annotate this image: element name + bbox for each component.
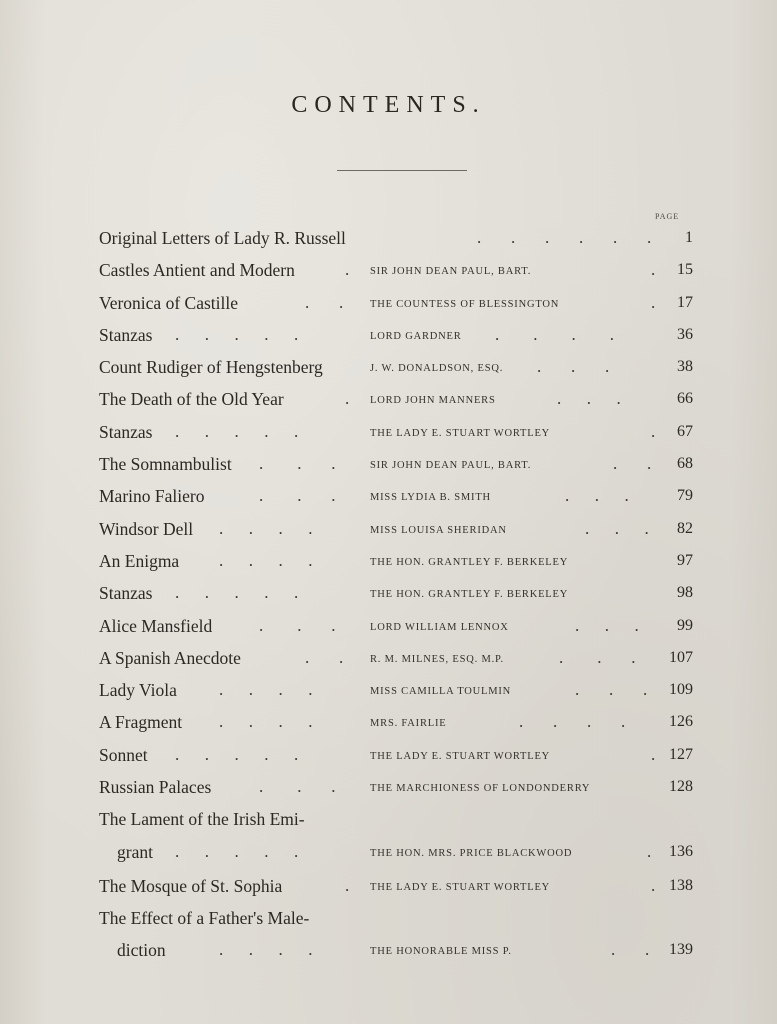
dot-leader: . . . (259, 777, 336, 797)
entry-author: MISS LYDIA B. SMITH (370, 492, 491, 503)
toc-entry: Stanzas . . . . . THE HON. GRANTLEY F. B… (99, 581, 699, 613)
entry-page: 79 (677, 487, 693, 505)
toc-entry: Sonnet . . . . . THE LADY E. STUART WORT… (99, 743, 699, 775)
toc-entry: diction . . . . THE HONORABLE MISS P. . … (99, 938, 699, 974)
dot-leader: . . . (537, 357, 609, 377)
dot-leader: . . (305, 648, 343, 668)
toc-entry: Stanzas . . . . . LORD GARDNER . . . . 3… (99, 323, 699, 355)
entry-author: SIR JOHN DEAN PAUL, BART. (370, 460, 531, 471)
entry-page: 138 (669, 877, 693, 895)
entry-page: 128 (669, 778, 693, 796)
entry-title: Windsor Dell (99, 519, 193, 540)
entry-title: A Fragment (99, 712, 182, 733)
toc-entry: Count Rudiger of Hengstenberg J. W. DONA… (99, 355, 699, 387)
entry-title: The Mosque of St. Sophia (99, 876, 282, 897)
toc-entry: grant . . . . . THE HON. MRS. PRICE BLAC… (99, 840, 699, 874)
toc-entry: The Mosque of St. Sophia . THE LADY E. S… (99, 874, 699, 906)
dot-leader: . . . (559, 648, 636, 668)
dot-leader: . . . (575, 680, 647, 700)
entry-title: The Lament of the Irish Emi- (99, 809, 305, 830)
dot-leader: . . . (585, 519, 649, 539)
dot-leader: . . . (557, 389, 621, 409)
dot-leader: . . . (259, 486, 336, 506)
entry-title: Veronica of Castille (99, 293, 238, 314)
toc-entry: The Somnambulist . . . SIR JOHN DEAN PAU… (99, 452, 699, 484)
contents-heading: CONTENTS. (0, 92, 777, 119)
toc-entry: Alice Mansfield . . . LORD WILLIAM LENNO… (99, 614, 699, 646)
entry-author: THE MARCHIONESS OF LONDONDERRY (370, 783, 590, 794)
entry-title: Stanzas (99, 422, 152, 443)
entry-author: THE COUNTESS OF BLESSINGTON (370, 299, 559, 310)
dot-leader: . . . . (219, 519, 313, 539)
entry-title: Stanzas (99, 325, 152, 346)
toc-entry: A Spanish Anecdote . . R. M. MILNES, ESQ… (99, 646, 699, 678)
dot-leader: . . (305, 293, 343, 313)
toc-entry-line1: The Lament of the Irish Emi- (99, 807, 699, 839)
entry-title: Lady Viola (99, 680, 177, 701)
toc-entry: Stanzas . . . . . THE LADY E. STUART WOR… (99, 420, 699, 452)
dot-leader: . (647, 842, 651, 862)
toc-entry: A Fragment . . . . MRS. FAIRLIE . . . . … (99, 710, 699, 742)
entry-page: 15 (677, 261, 693, 279)
dot-leader: . (345, 260, 349, 280)
entry-author: SIR JOHN DEAN PAUL, BART. (370, 266, 531, 277)
toc-entry: Windsor Dell . . . . MISS LOUISA SHERIDA… (99, 517, 699, 549)
entry-author: THE HON. MRS. PRICE BLACKWOOD (370, 848, 572, 859)
entry-title: Marino Faliero (99, 486, 204, 507)
entry-page: 107 (669, 649, 693, 667)
entry-page: 109 (669, 681, 693, 699)
dot-leader: . . . . . (175, 422, 298, 442)
entry-author: LORD JOHN MANNERS (370, 395, 496, 406)
entry-title: Sonnet (99, 745, 148, 766)
entry-title: Count Rudiger of Hengstenberg (99, 357, 323, 378)
toc-entry: Marino Faliero . . . MISS LYDIA B. SMITH… (99, 484, 699, 516)
entry-title: A Spanish Anecdote (99, 648, 241, 669)
entry-author: THE HON. GRANTLEY F. BERKELEY (370, 589, 568, 600)
dot-leader: . (651, 422, 655, 442)
entry-title: The Death of the Old Year (99, 389, 284, 410)
dot-leader: . (651, 876, 655, 896)
entry-page: 127 (669, 746, 693, 764)
dot-leader: . . . . (219, 940, 313, 960)
dot-leader: . . . . . (175, 325, 298, 345)
entry-page: 82 (677, 520, 693, 538)
dot-leader: . . (611, 940, 649, 960)
entry-author: THE HON. GRANTLEY F. BERKELEY (370, 557, 568, 568)
dot-leader: . . . . (219, 712, 313, 732)
toc-entry: Veronica of Castille . . THE COUNTESS OF… (99, 291, 699, 323)
entry-author: MRS. FAIRLIE (370, 718, 447, 729)
entry-title: Alice Mansfield (99, 616, 212, 637)
toc-entry-line1: The Effect of a Father's Male- (99, 906, 699, 938)
entry-author: MISS LOUISA SHERIDAN (370, 525, 507, 536)
entry-title: The Effect of a Father's Male- (99, 908, 309, 929)
entry-title: Castles Antient and Modern (99, 260, 295, 281)
table-of-contents: Original Letters of Lady R. Russell . . … (99, 226, 699, 974)
dot-leader: . (651, 260, 655, 280)
toc-entry: An Enigma . . . . THE HON. GRANTLEY F. B… (99, 549, 699, 581)
entry-page: 97 (677, 552, 693, 570)
entry-author: J. W. DONALDSON, ESQ. (370, 363, 503, 374)
toc-entry: Russian Palaces . . . THE MARCHIONESS OF… (99, 775, 699, 807)
entry-author: THE LADY E. STUART WORTLEY (370, 882, 550, 893)
dot-leader: . . . . (219, 551, 313, 571)
entry-title: Original Letters of Lady R. Russell (99, 228, 346, 249)
entry-author: THE HONORABLE MISS P. (370, 946, 512, 957)
entry-page: 99 (677, 617, 693, 635)
entry-page: 17 (677, 294, 693, 312)
entry-title: An Enigma (99, 551, 179, 572)
dot-leader: . . . . (519, 712, 625, 732)
toc-entry: Lady Viola . . . . MISS CAMILLA TOULMIN … (99, 678, 699, 710)
toc-entry: The Death of the Old Year . LORD JOHN MA… (99, 387, 699, 419)
dot-leader: . . . (575, 616, 639, 636)
entry-page: 126 (669, 713, 693, 731)
entry-author: R. M. MILNES, ESQ. M.P. (370, 654, 504, 665)
entry-page: 68 (677, 455, 693, 473)
dot-leader: . . . (565, 486, 629, 506)
entry-page: 139 (669, 941, 693, 959)
dot-leader: . . . (259, 454, 336, 474)
dot-leader: . . (613, 454, 651, 474)
entry-page: 1 (685, 229, 693, 247)
dot-leader: . (651, 745, 655, 765)
heading-rule (337, 170, 467, 171)
entry-page: 36 (677, 326, 693, 344)
entry-title-continued: diction (117, 940, 166, 961)
entry-author: THE LADY E. STUART WORTLEY (370, 751, 550, 762)
toc-entry: Castles Antient and Modern . SIR JOHN DE… (99, 258, 699, 290)
entry-page: 66 (677, 390, 693, 408)
dot-leader: . . . . (219, 680, 313, 700)
dot-leader: . . . . . . (477, 228, 651, 248)
entry-page: 136 (669, 843, 693, 861)
entry-page: 98 (677, 584, 693, 602)
dot-leader: . . . . . (175, 842, 298, 862)
dot-leader: . . . (259, 616, 336, 636)
entry-author: THE LADY E. STUART WORTLEY (370, 428, 550, 439)
dot-leader: . (345, 389, 349, 409)
entry-author: LORD WILLIAM LENNOX (370, 622, 509, 633)
page-column-label: PAGE (655, 212, 679, 221)
dot-leader: . (651, 293, 655, 313)
dot-leader: . . . . . (175, 583, 298, 603)
entry-author: LORD GARDNER (370, 331, 462, 342)
entry-page: 67 (677, 423, 693, 441)
toc-entry: Original Letters of Lady R. Russell . . … (99, 226, 699, 258)
dot-leader: . . . . (495, 325, 614, 345)
entry-title: Stanzas (99, 583, 152, 604)
dot-leader: . (345, 876, 349, 896)
entry-title: Russian Palaces (99, 777, 211, 798)
dot-leader: . . . . . (175, 745, 298, 765)
entry-page: 38 (677, 358, 693, 376)
entry-author: MISS CAMILLA TOULMIN (370, 686, 511, 697)
entry-title-continued: grant (117, 842, 153, 863)
entry-title: The Somnambulist (99, 454, 232, 475)
